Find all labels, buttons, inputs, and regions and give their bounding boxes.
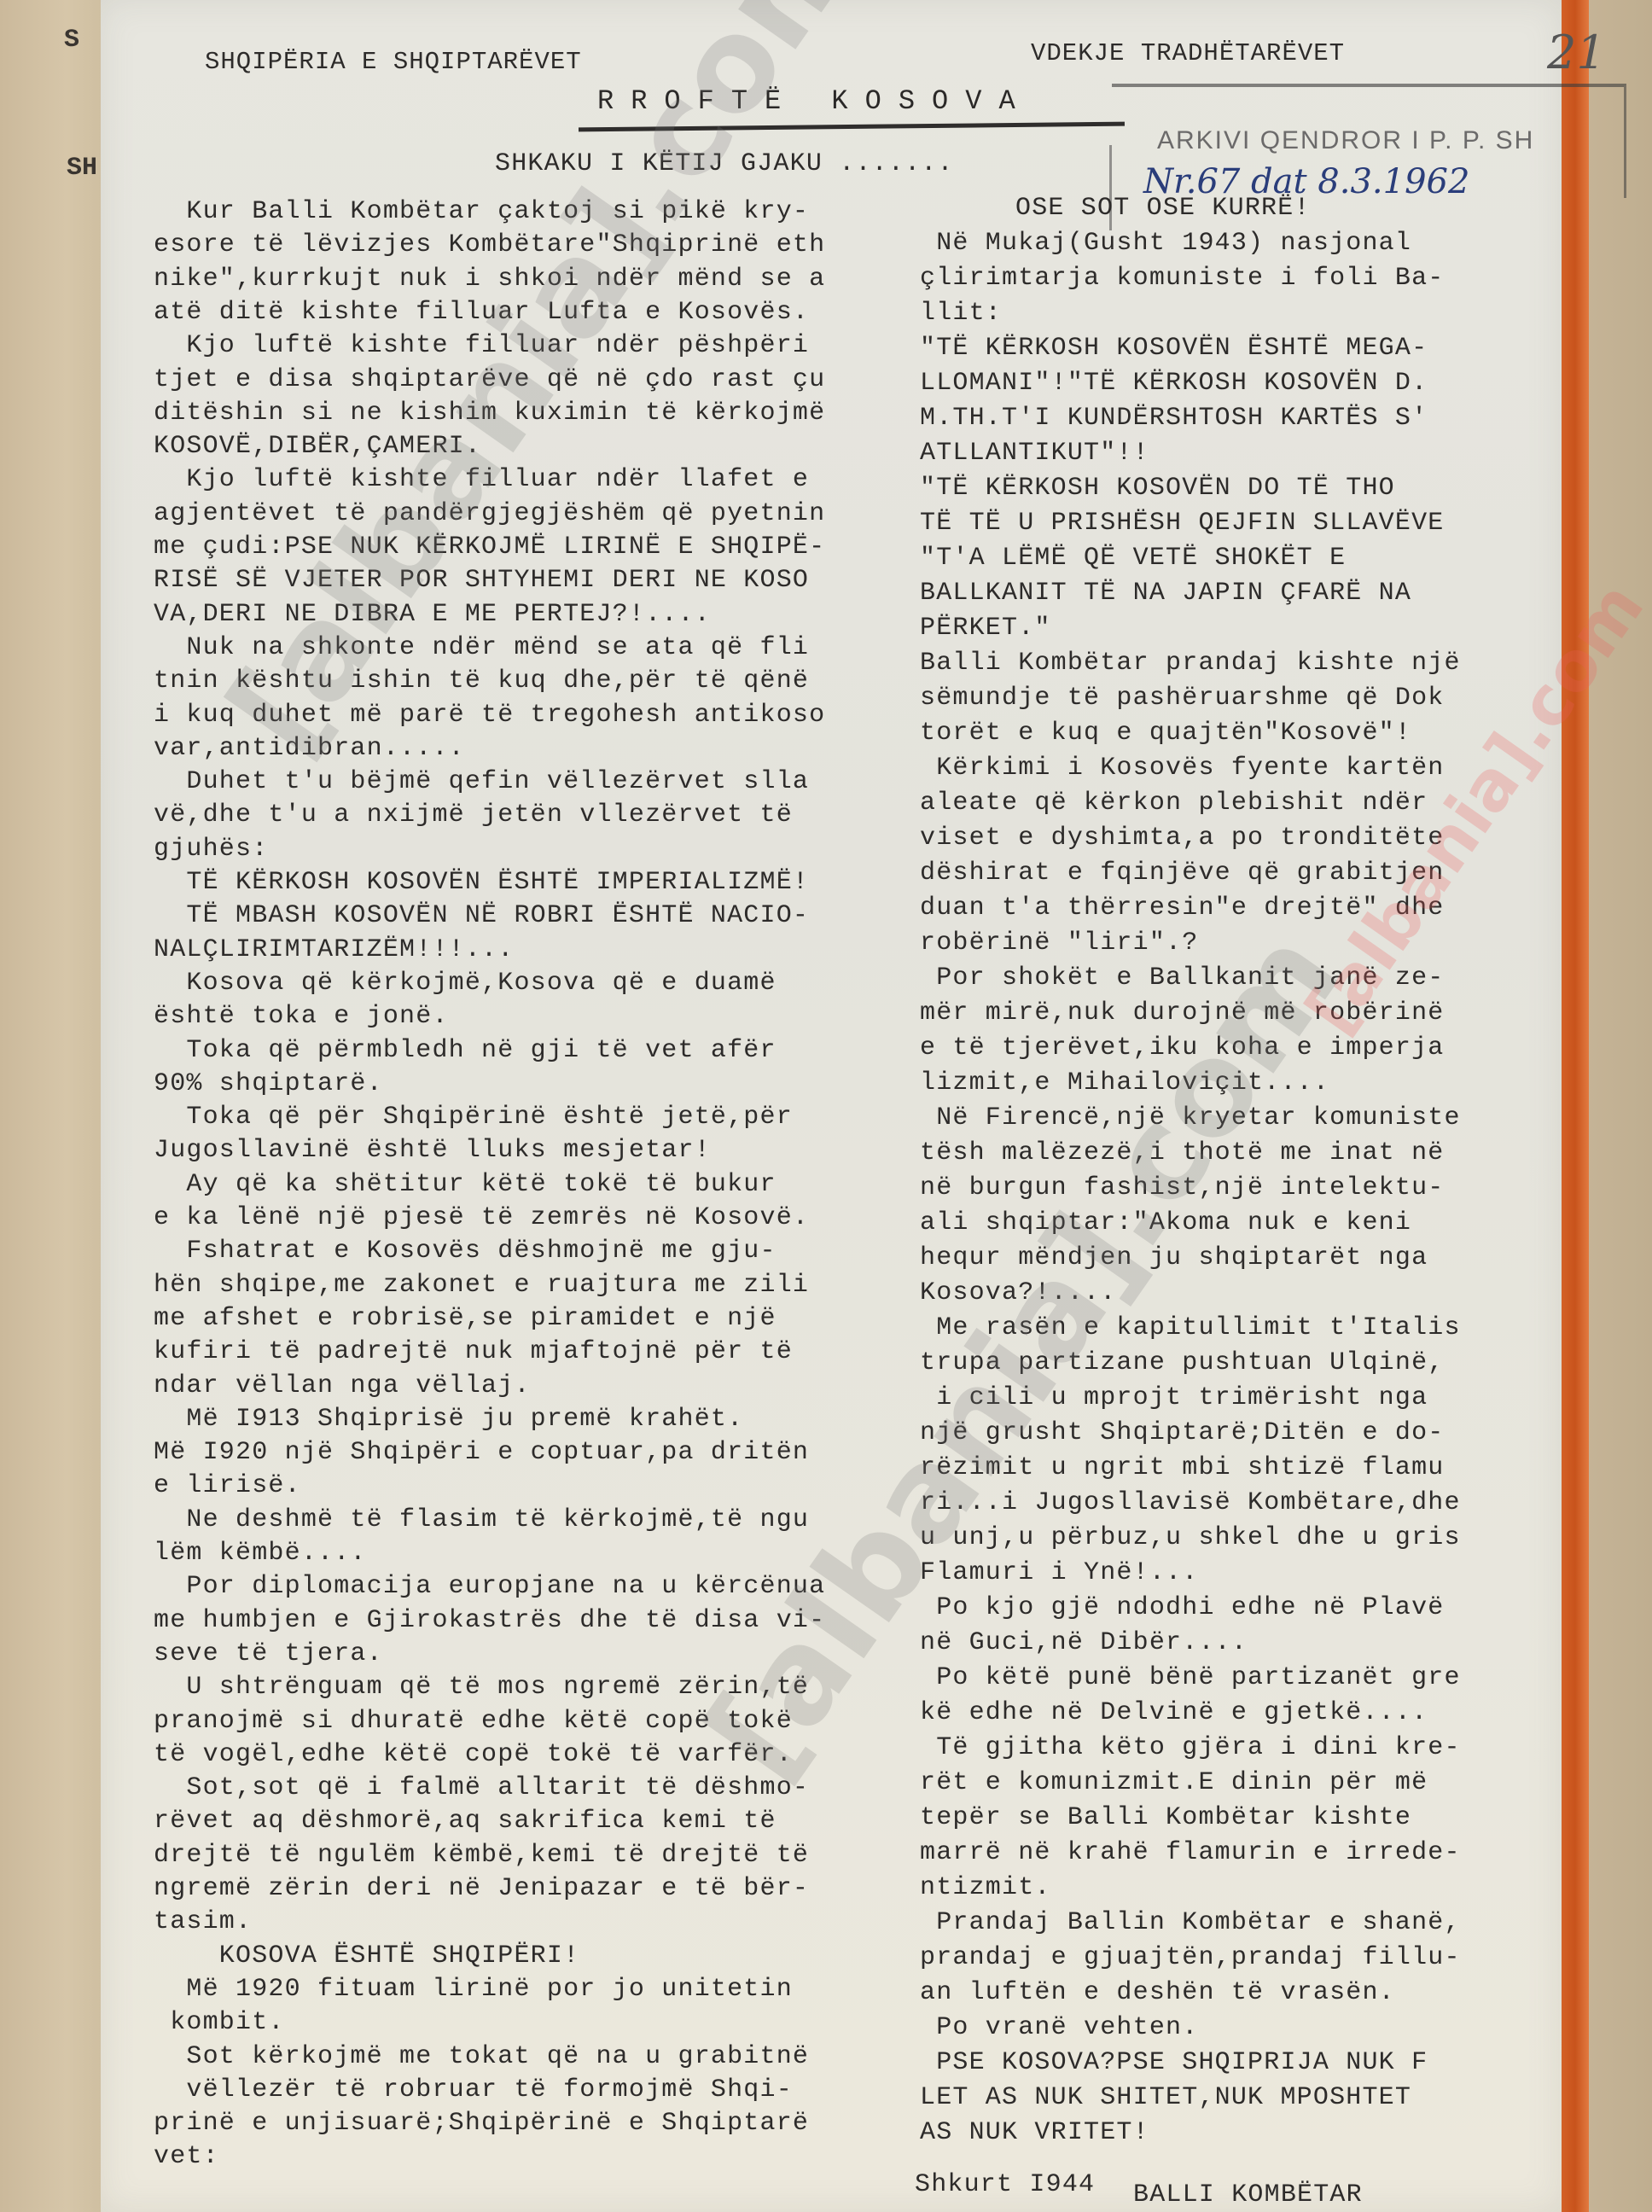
text-line: Jugosllavinë është lluks mesjetar!	[154, 1133, 711, 1168]
text-line: kombit.	[154, 2005, 285, 2040]
text-line: U shtrënguam që të mos ngremë zërin,të	[154, 1670, 809, 1705]
text-line: kë edhe në Delvinë e gjetkë....	[920, 1696, 1428, 1731]
text-line: Kërkimi i Kosovës fyente kartën	[920, 751, 1445, 786]
text-line: Por shokët e Ballkanit janë ze-	[920, 961, 1445, 996]
text-line: 90% shqiptarë.	[154, 1067, 383, 1102]
text-line: VA,DERI NE DIBRA E ME PERTEJ?!....	[154, 597, 711, 632]
text-line: Toka që për Shqipërinë është jetë,për	[154, 1100, 793, 1135]
text-line: e lirisë.	[154, 1469, 301, 1504]
text-line: AS NUK VRITET!	[920, 2116, 1149, 2151]
text-line: me çudi:PSE NUK KËRKOJMË LIRINË E SHQIPË…	[154, 530, 825, 565]
text-line: Nuk na shkonte ndër mënd se ata që fli	[154, 631, 809, 666]
text-line: Po vranë vehten.	[920, 2011, 1198, 2046]
text-line: Fshatrat e Kosovës dëshmojnë me gju-	[154, 1234, 777, 1269]
text-line: vet:	[154, 2139, 219, 2174]
text-line: an luftën e deshën të vrasën.	[920, 1976, 1395, 2011]
text-line: robërinë "liri".?	[920, 926, 1198, 961]
text-line: e të tjerëvet,iku koha e imperja	[920, 1031, 1445, 1066]
text-line: Ay që ka shëtitur këtë tokë të bukur	[154, 1167, 777, 1202]
text-line: Më 1920 fituam lirinë por jo unitetin	[154, 1972, 793, 2007]
text-line: agjentëvet të pandërgjegjëshëm që pyetni…	[154, 497, 825, 532]
text-line: tësh malëzezë,i thotë me inat në	[920, 1136, 1445, 1171]
text-line: Kjo luftë kishte filluar ndër llafet e	[154, 463, 809, 498]
text-line: tnin kështu ishin të kuq dhe,për të qënë	[154, 664, 809, 699]
underlying-page-left: S SH	[0, 0, 111, 2212]
text-line: RISË SË VJETER POR SHTYHEMI DERI NE KOSO	[154, 563, 809, 598]
text-line: Flamuri i Ynë!...	[920, 1556, 1198, 1591]
text-line: PËRKET."	[920, 611, 1051, 646]
text-line: seve të tjera.	[154, 1637, 383, 1672]
handwritten-page-number: 21	[1547, 26, 1606, 79]
text-line: gjuhës:	[154, 832, 268, 867]
text-line: atë ditë kishte filluar Lufta e Kosovës.	[154, 295, 809, 330]
text-line: e ka lënë një pjesë të zemrës në Kosovë.	[154, 1201, 809, 1236]
text-line: të vogël,edhe këtë copë tokë të varfër.	[154, 1738, 793, 1773]
text-line: Balli Kombëtar prandaj kishte një	[920, 646, 1461, 681]
text-line: Më I920 një Shqipëri e coptuar,pa dritën	[154, 1435, 809, 1470]
text-line: "T'A LËMË QË VETË SHOKËT E	[920, 541, 1346, 576]
text-line: M.TH.T'I KUNDËRSHTOSH KARTËS S'	[920, 401, 1428, 436]
underlying-page-fragment: S	[64, 26, 79, 55]
text-line: sëmundje të pashëruarshme që Dok	[920, 681, 1445, 716]
text-line: prinë e unjisuarë;Shqipërinë e Shqiptarë	[154, 2106, 809, 2141]
text-line: rët e komunizmit.E dinin për më	[920, 1766, 1428, 1801]
text-line: PSE KOSOVA?PSE SHQIPRIJA NUK F	[920, 2046, 1428, 2081]
text-line: KOSOVA ËSHTË SHQIPËRI!	[154, 1939, 579, 1974]
text-line: nike",kurrkujt nuk i shkoi ndër mënd se …	[154, 262, 825, 297]
typewritten-page: SHQIPËRIA E SHQIPTARËVET VDEKJE TRADHËTA…	[101, 0, 1562, 2212]
text-line: Ne deshmë të flasim të kërkojmë,të ngu	[154, 1503, 809, 1538]
text-line: "TË KËRKOSH KOSOVËN DO TË THO	[920, 471, 1395, 506]
text-line: TË KËRKOSH KOSOVËN ËSHTË IMPERIALIZMË!	[154, 865, 809, 900]
text-line: kufiri të padrejtë nuk mjaftojnë për të	[154, 1335, 793, 1370]
text-line: u unj,u përbuz,u shkel dhe u gris	[920, 1521, 1461, 1556]
header-left: SHQIPËRIA E SHQIPTARËVET	[205, 44, 582, 79]
text-line: LLOMANI"!"TË KËRKOSH KOSOVËN D.	[920, 366, 1428, 401]
text-line: tepër se Balli Kombëtar kishte	[920, 1801, 1411, 1836]
text-line: ATLLANTIKUT"!!	[920, 436, 1149, 471]
text-line: torët e kuq e quajtën"Kosovë"!	[920, 716, 1411, 751]
text-line: hën shqipe,me zakonet e ruajtura me zili	[154, 1268, 809, 1303]
text-line: KOSOVË,DIBËR,ÇAMERI.	[154, 429, 481, 464]
text-line: Kosova që kërkojmë,Kosova që e duamë	[154, 966, 777, 1001]
text-line: tjet e disa shqiptarëve që në çdo rast ç…	[154, 363, 825, 398]
text-line: me afshet e robrisë,se piramidet e një	[154, 1301, 777, 1336]
text-line: aleate që kërkon plebishit ndër	[920, 786, 1428, 821]
text-line: Në Mukaj(Gusht 1943) nasjonal	[920, 226, 1411, 261]
text-line: në burgun fashist,një intelektu-	[920, 1171, 1445, 1206]
text-line: ditëshin si ne kishim kuximin të kërkojm…	[154, 396, 825, 431]
title-underline	[579, 122, 1125, 132]
text-line: Por diplomacija europjane na u kërcënua	[154, 1569, 825, 1604]
text-line: Duhet t'u bëjmë qefin vëllezërvet slla	[154, 765, 809, 800]
archive-stamp: ARKIVI QENDROR I P. P. SH	[1157, 126, 1534, 155]
text-line: është toka e jonë.	[154, 999, 449, 1034]
text-line: vëllezër të robruar të formojmë Shqi-	[154, 2073, 793, 2108]
text-line: Më I913 Shqiprisë ju premë krahët.	[154, 1402, 743, 1437]
text-line: mër mirë,nuk durojnë më robërinë	[920, 996, 1445, 1031]
text-line: esore të lëvizjes Kombëtare"Shqiprinë et…	[154, 228, 825, 263]
text-line: Të gjitha këto gjëra i dini kre-	[920, 1731, 1461, 1766]
text-line: dëshirat e fqinjëve që grabitjen	[920, 856, 1445, 891]
text-line: BALLKANIT TË NA JAPIN ÇFARË NA	[920, 576, 1411, 611]
text-line: hequr mëndjen ju shqiptarët nga	[920, 1241, 1428, 1276]
text-line: tasim.	[154, 1905, 252, 1940]
text-line: Po këtë punë bënë partizanët gre	[920, 1661, 1461, 1696]
text-line: Në Firencë,një kryetar komuniste	[920, 1101, 1461, 1136]
text-line: Sot,sot që i falmë alltarit të dëshmo-	[154, 1771, 809, 1806]
text-line: ali shqiptar:"Akoma nuk e keni	[920, 1206, 1411, 1241]
signature: BALLI KOMBËTAR	[1133, 2178, 1363, 2212]
text-line: var,antidibran.....	[154, 731, 465, 766]
text-line: Kur Balli Kombëtar çaktoj si pikë kry-	[154, 195, 809, 230]
text-line: Kjo luftë kishte filluar ndër pëshpëri	[154, 329, 809, 364]
text-line: Toka që përmbledh në gji të vet afër	[154, 1033, 777, 1068]
text-line: NALÇLIRIMTARIZËM!!!...	[154, 933, 514, 968]
text-line: një grusht Shqiptarë;Ditën e do-	[920, 1416, 1445, 1451]
text-line: TË MBASH KOSOVËN NË ROBRI ËSHTË NACIO-	[154, 899, 809, 934]
text-line: ndar vëllan nga vëllaj.	[154, 1369, 531, 1404]
document-subtitle: SHKAKU I KËTIJ GJAKU .......	[495, 147, 954, 182]
text-line: marrë në krahë flamurin e irrede-	[920, 1836, 1461, 1871]
text-line: Sot kërkojmë me tokat që na u grabitnë	[154, 2040, 809, 2075]
text-line: Prandaj Ballin Kombëtar e shanë,	[920, 1906, 1461, 1941]
text-line: vë,dhe t'u a nxijmë jetën vllezërvet të	[154, 798, 793, 833]
text-line: LET AS NUK SHITET,NUK MPOSHTET	[920, 2081, 1411, 2116]
text-line: llit:	[920, 296, 1002, 331]
text-line: rëzimit u ngrit mbi shtizë flamu	[920, 1451, 1445, 1486]
text-line: "TË KËRKOSH KOSOVËN ËSHTË MEGA-	[920, 331, 1428, 366]
underlying-page-fragment: SH	[67, 154, 97, 183]
text-line: drejtë të ngulëm këmbë,kemi të drejtë të	[154, 1838, 809, 1873]
text-line: Kosova?!....	[920, 1276, 1116, 1311]
text-line: në Guci,në Dibër....	[920, 1626, 1248, 1661]
text-line: rëvet aq dëshmorë,aq sakrifica kemi të	[154, 1804, 777, 1839]
document-title: RROFTË KOSOVA	[597, 85, 1032, 117]
text-line: i cili u mprojt trimërisht nga	[920, 1381, 1428, 1416]
text-line: me humbjen e Gjirokastrës dhe të disa vi…	[154, 1604, 825, 1639]
text-line: ri...i Jugosllavisë Kombëtare,dhe	[920, 1486, 1461, 1521]
text-line: i kuq duhet më parë të tregohesh antikos…	[154, 698, 825, 733]
text-line: ntizmit.	[920, 1871, 1051, 1906]
closing-date: Shkurt I944	[915, 2168, 1095, 2203]
header-right: VDEKJE TRADHËTARËVET	[1031, 36, 1345, 71]
text-line: Me rasën e kapitullimit t'Italis	[920, 1311, 1461, 1346]
text-line: ngremë zërin deri në Jenipazar e të bër-	[154, 1871, 809, 1906]
text-line: pranojmë si dhuratë edhe këtë copë tokë	[154, 1704, 793, 1739]
text-line: viset e dyshimta,a po tronditëte	[920, 821, 1445, 856]
right-heading: OSE SOT OSE KURRË!	[1015, 191, 1311, 226]
text-line: çlirimtarja komuniste i foli Ba-	[920, 261, 1445, 296]
text-line: duan t'a thërresin"e drejtë" dhe	[920, 891, 1445, 926]
text-line: lëm këmbë....	[154, 1536, 367, 1571]
text-line: prandaj e gjuajtën,prandaj fillu-	[920, 1941, 1461, 1976]
text-line: trupa partizane pushtuan Ulqinë,	[920, 1346, 1445, 1381]
text-line: Po kjo gjë ndodhi edhe në Plavë	[920, 1591, 1445, 1626]
text-line: TË TË U PRISHËSH QEJFIN SLLAVËVE	[920, 506, 1445, 541]
text-line: lizmit,e Mihailoviçit....	[920, 1066, 1329, 1101]
